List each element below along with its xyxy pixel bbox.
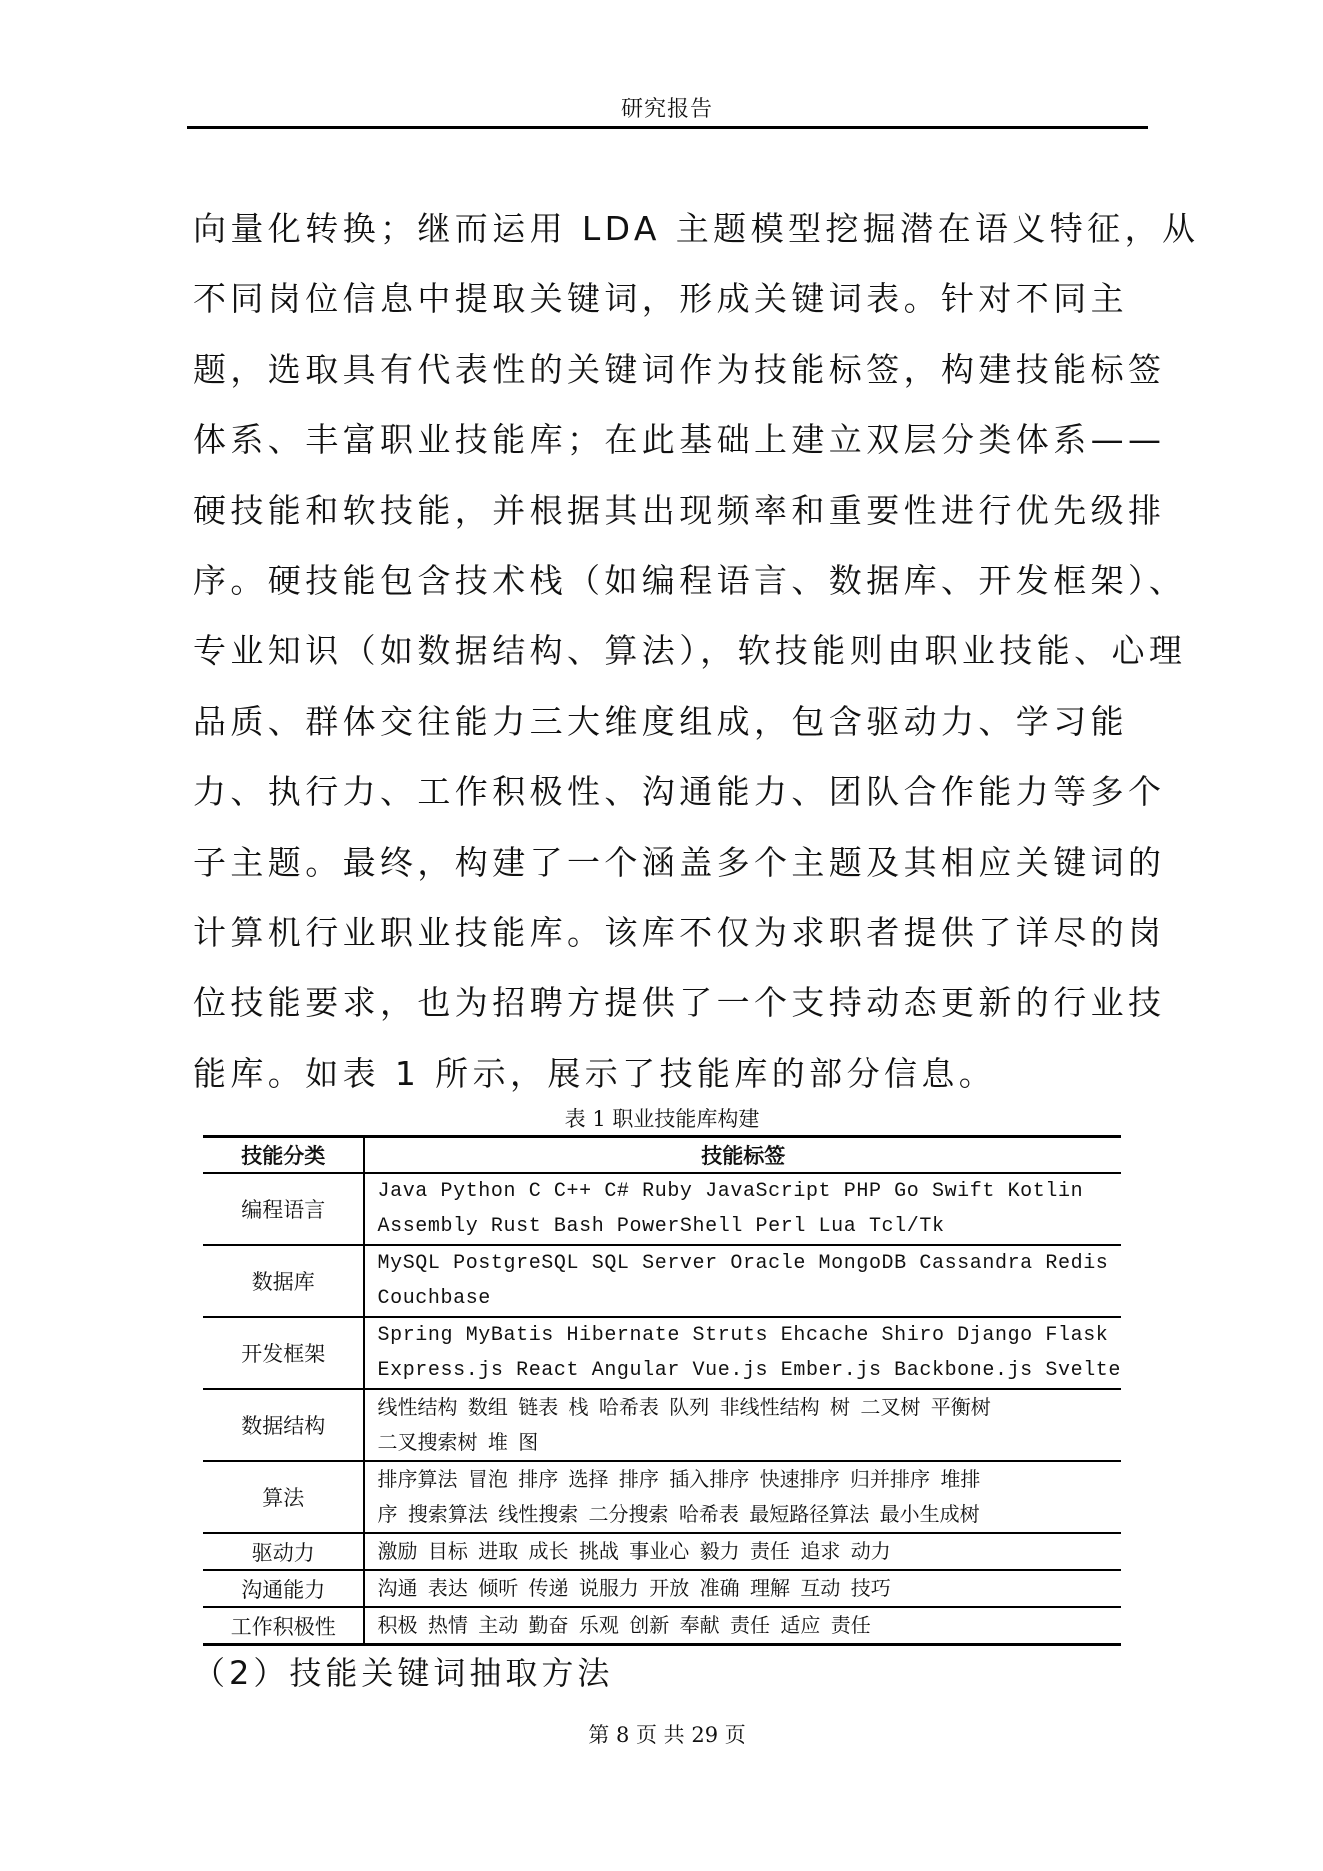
- body-line: 位技能要求，也为招聘方提供了一个支持动态更新的行业技: [193, 975, 1153, 1045]
- header-divider: [187, 126, 1148, 129]
- tags-cell: 线性结构 数组 链表 栈 哈希表 队列 非线性结构 树 二叉树 平衡树 二叉搜索…: [364, 1389, 1121, 1461]
- page-header-title: 研究报告: [187, 92, 1147, 123]
- tags-line: 线性结构 数组 链表 栈 哈希表 队列 非线性结构 树 二叉树 平衡树: [377, 1390, 1121, 1425]
- body-paragraph: 向量化转换；继而运用 LDA 主题模型挖掘潜在语义特征，从 不同岗位信息中提取关…: [193, 201, 1153, 1116]
- column-header-tags: 技能标签: [364, 1137, 1121, 1174]
- body-line: 子主题。最终，构建了一个涵盖多个主题及其相应关键词的: [193, 835, 1153, 905]
- tags-line: MySQL PostgreSQL SQL Server Oracle Mongo…: [377, 1246, 1121, 1281]
- category-cell: 数据库: [203, 1245, 364, 1317]
- tags-cell: 激励 目标 进取 成长 挑战 事业心 毅力 责任 追求 动力: [364, 1533, 1121, 1570]
- body-line: 力、执行力、工作积极性、沟通能力、团队合作能力等多个: [193, 764, 1153, 834]
- tags-line: 沟通 表达 倾听 传递 说服力 开放 准确 理解 互动 技巧: [377, 1571, 1121, 1606]
- body-line: 题，选取具有代表性的关键词作为技能标签，构建技能标签: [193, 342, 1153, 412]
- table-caption: 表 1 职业技能库构建: [203, 1103, 1121, 1133]
- table-row: 算法 排序算法 冒泡 排序 选择 排序 插入排序 快速排序 归并排序 堆排 序 …: [203, 1461, 1121, 1533]
- tags-cell: Spring MyBatis Hibernate Struts Ehcache …: [364, 1317, 1121, 1389]
- table-header-row: 技能分类 技能标签: [203, 1137, 1121, 1174]
- page-number: 第 8 页 共 29 页: [187, 1719, 1147, 1749]
- tags-line: 积极 热情 主动 勤奋 乐观 创新 奉献 责任 适应 责任: [377, 1608, 1121, 1643]
- table-row: 工作积极性 积极 热情 主动 勤奋 乐观 创新 奉献 责任 适应 责任: [203, 1607, 1121, 1645]
- body-line: 体系、丰富职业技能库；在此基础上建立双层分类体系——: [193, 412, 1153, 482]
- tags-line: 二叉搜索树 堆 图: [377, 1425, 1121, 1460]
- tags-line: Spring MyBatis Hibernate Struts Ehcache …: [377, 1318, 1121, 1353]
- table-row: 数据库 MySQL PostgreSQL SQL Server Oracle M…: [203, 1245, 1121, 1317]
- tags-cell: MySQL PostgreSQL SQL Server Oracle Mongo…: [364, 1245, 1121, 1317]
- category-cell: 数据结构: [203, 1389, 364, 1461]
- body-line: 序。硬技能包含技术栈（如编程语言、数据库、开发框架）、: [193, 553, 1153, 623]
- skills-table: 技能分类 技能标签 编程语言 Java Python C C++ C# Ruby…: [203, 1135, 1121, 1646]
- category-cell: 算法: [203, 1461, 364, 1533]
- table-row: 编程语言 Java Python C C++ C# Ruby JavaScrip…: [203, 1173, 1121, 1245]
- body-line: 计算机行业职业技能库。该库不仅为求职者提供了详尽的岗: [193, 905, 1153, 975]
- table-row: 数据结构 线性结构 数组 链表 栈 哈希表 队列 非线性结构 树 二叉树 平衡树…: [203, 1389, 1121, 1461]
- tags-line: 序 搜索算法 线性搜索 二分搜索 哈希表 最短路径算法 最小生成树: [377, 1497, 1121, 1532]
- table-row: 沟通能力 沟通 表达 倾听 传递 说服力 开放 准确 理解 互动 技巧: [203, 1570, 1121, 1607]
- column-header-category: 技能分类: [203, 1137, 364, 1174]
- tags-line: 激励 目标 进取 成长 挑战 事业心 毅力 责任 追求 动力: [377, 1534, 1121, 1569]
- body-line: 专业知识（如数据结构、算法），软技能则由职业技能、心理: [193, 623, 1153, 693]
- category-cell: 沟通能力: [203, 1570, 364, 1607]
- body-line: 硬技能和软技能，并根据其出现频率和重要性进行优先级排: [193, 483, 1153, 553]
- category-cell: 驱动力: [203, 1533, 364, 1570]
- body-line: 不同岗位信息中提取关键词，形成关键词表。针对不同主: [193, 271, 1153, 341]
- section-heading: （2）技能关键词抽取方法: [193, 1648, 613, 1694]
- tags-line: Java Python C C++ C# Ruby JavaScript PHP…: [377, 1174, 1121, 1209]
- body-line: 品质、群体交往能力三大维度组成，包含驱动力、学习能: [193, 694, 1153, 764]
- tags-line: Express.js React Angular Vue.js Ember.js…: [377, 1353, 1121, 1388]
- tags-cell: 沟通 表达 倾听 传递 说服力 开放 准确 理解 互动 技巧: [364, 1570, 1121, 1607]
- tags-cell: 排序算法 冒泡 排序 选择 排序 插入排序 快速排序 归并排序 堆排 序 搜索算…: [364, 1461, 1121, 1533]
- body-line: 向量化转换；继而运用 LDA 主题模型挖掘潜在语义特征，从: [193, 201, 1153, 271]
- tags-line: Couchbase: [377, 1281, 1121, 1316]
- table-row: 驱动力 激励 目标 进取 成长 挑战 事业心 毅力 责任 追求 动力: [203, 1533, 1121, 1570]
- category-cell: 开发框架: [203, 1317, 364, 1389]
- category-cell: 工作积极性: [203, 1607, 364, 1645]
- tags-line: Assembly Rust Bash PowerShell Perl Lua T…: [377, 1209, 1121, 1244]
- table-row: 开发框架 Spring MyBatis Hibernate Struts Ehc…: [203, 1317, 1121, 1389]
- category-cell: 编程语言: [203, 1173, 364, 1245]
- tags-cell: 积极 热情 主动 勤奋 乐观 创新 奉献 责任 适应 责任: [364, 1607, 1121, 1645]
- tags-line: 排序算法 冒泡 排序 选择 排序 插入排序 快速排序 归并排序 堆排: [377, 1462, 1121, 1497]
- tags-cell: Java Python C C++ C# Ruby JavaScript PHP…: [364, 1173, 1121, 1245]
